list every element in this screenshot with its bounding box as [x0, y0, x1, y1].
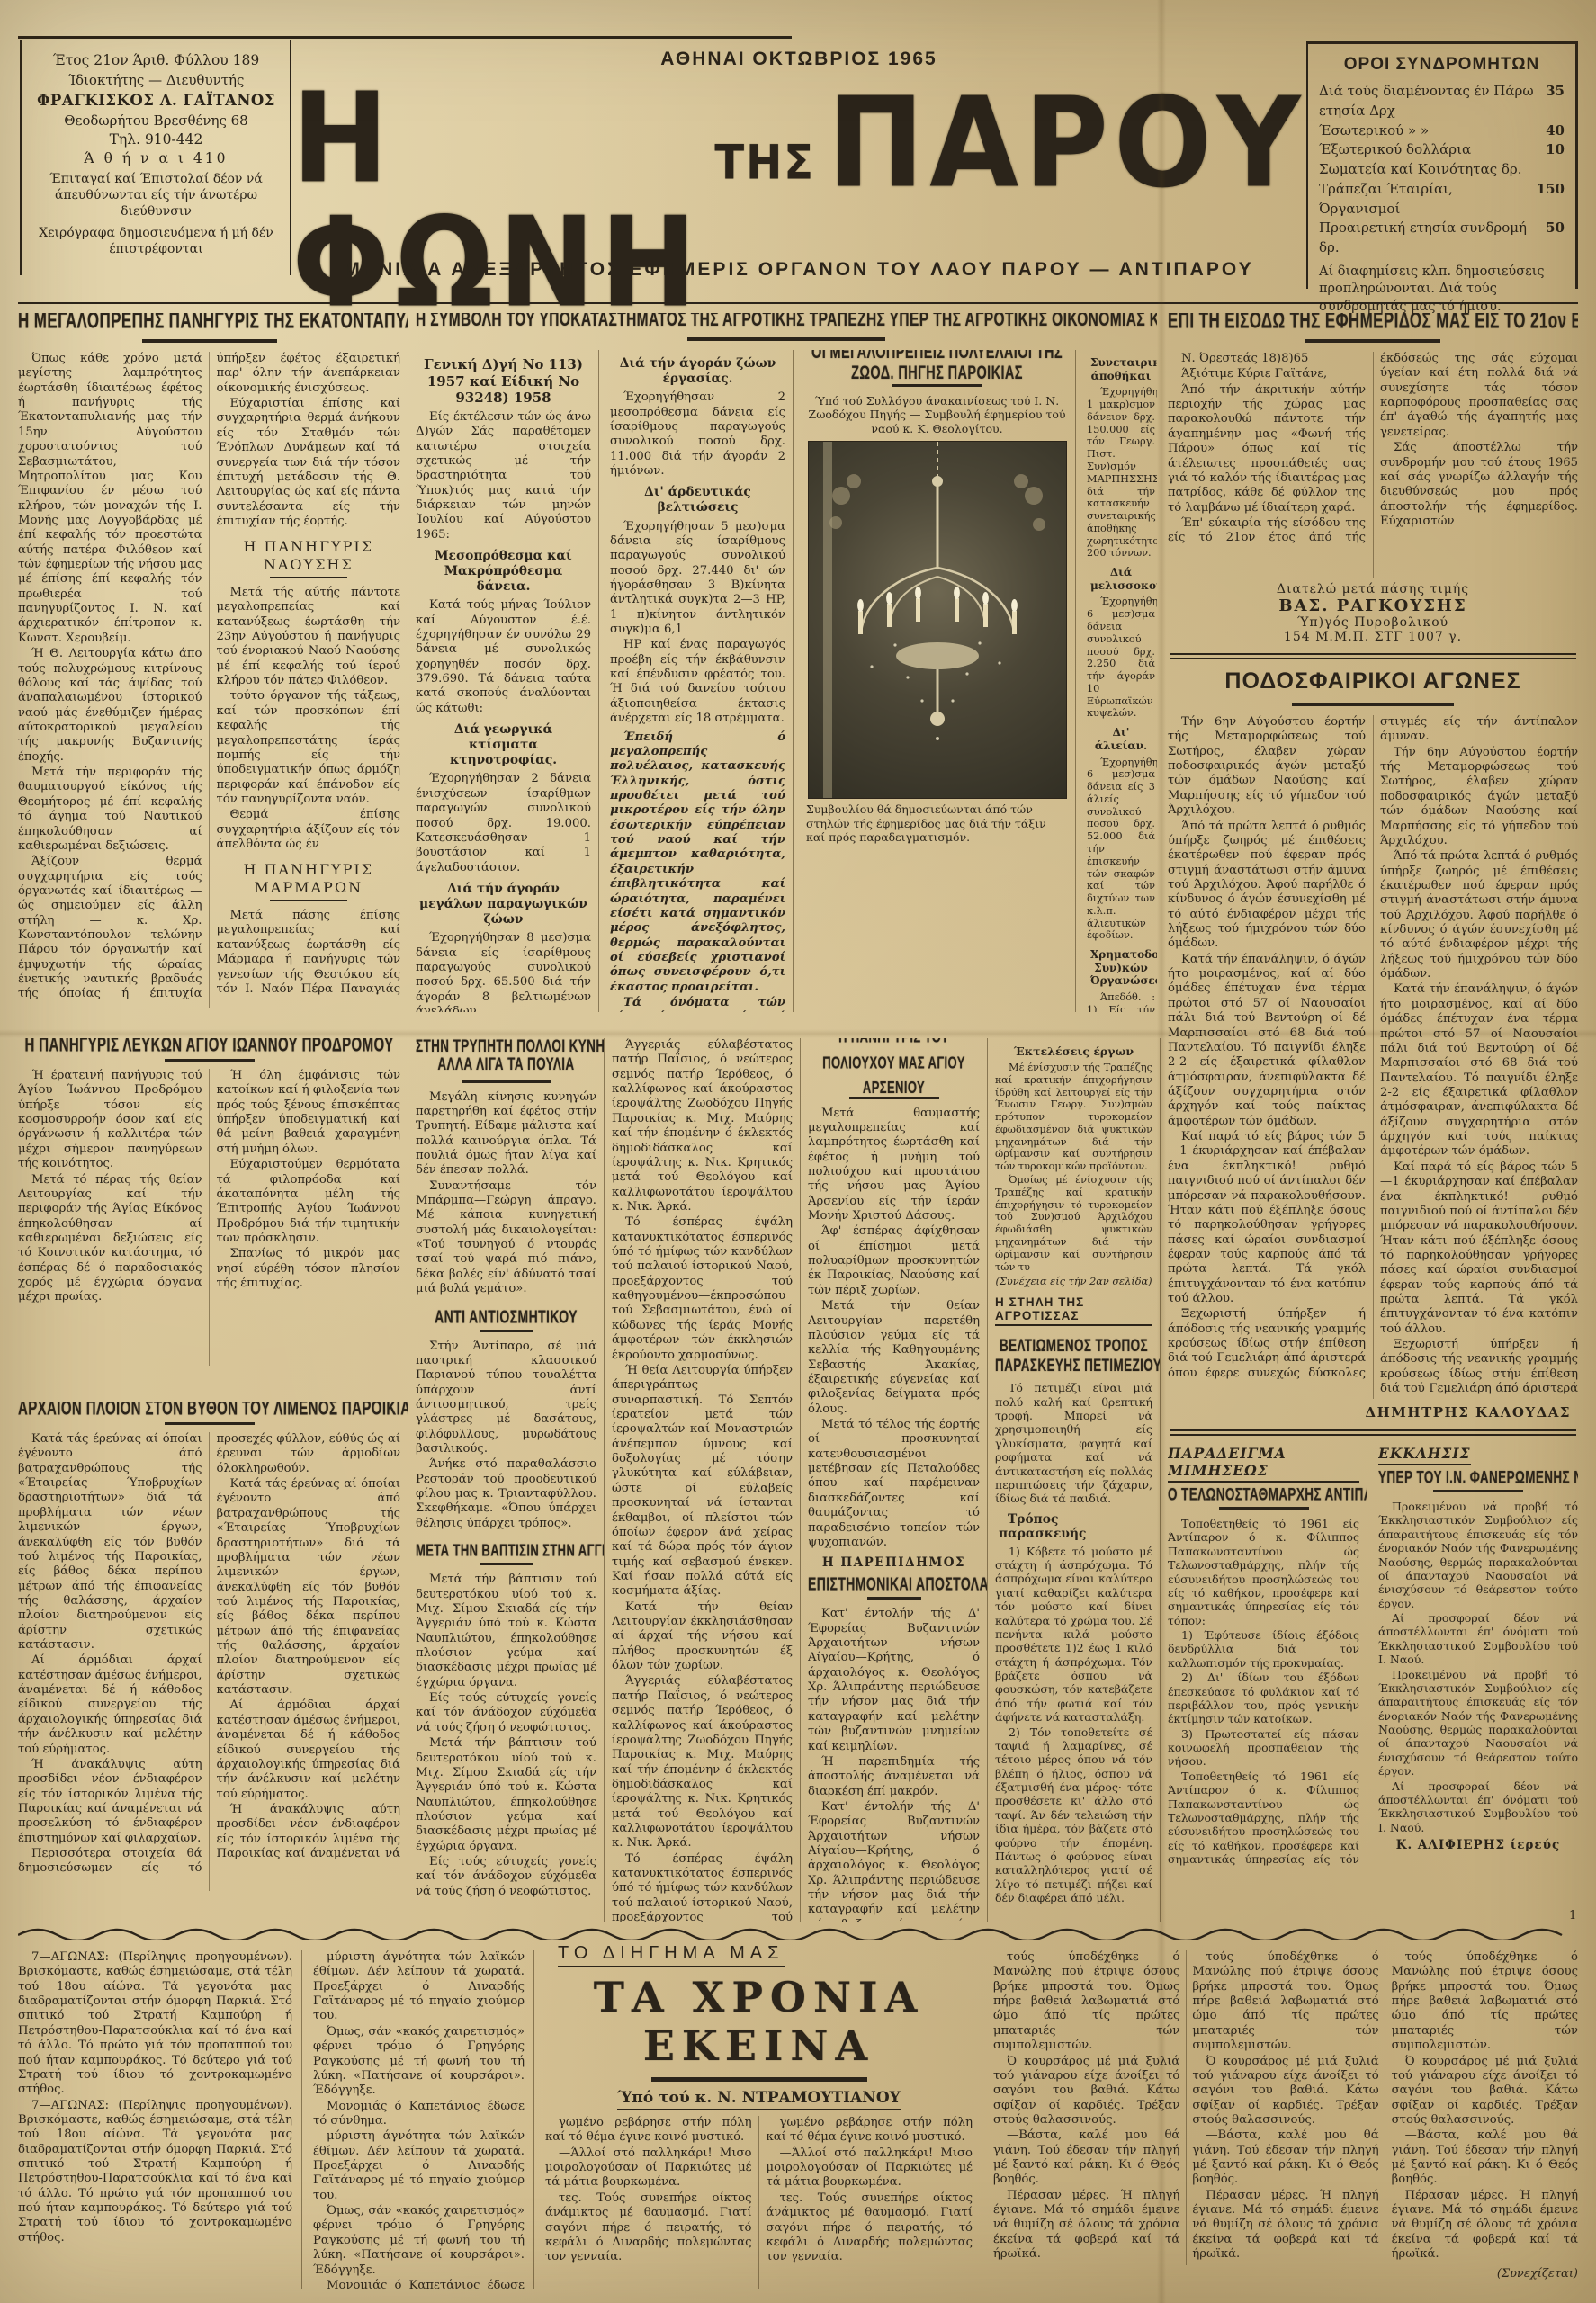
page-number: 1 — [1569, 1909, 1576, 1922]
masthead-part-a: Η ΦΩΝΗ — [291, 77, 702, 326]
terms-row: Έσωτερικού » » 40 — [1319, 121, 1565, 141]
bank-ekteleseis-body: Μέ ένίσχυσιν τής Τραπέζης καί κρατικήν έ… — [995, 1062, 1152, 1273]
petimezi-title-line2: ΠΑΡΑΣΚΕΥΗΣ ΠΕΤΙΜΕΖΙΟΥ — [995, 1351, 1161, 1379]
title-rule — [142, 339, 277, 343]
bank-sec-t: Έχορηγήθησαν 8 μεσ)σμα δάνεια είς ίσαρίθ… — [416, 931, 591, 1012]
story-right-block: τούς ύποδέχθηκε ό Μανώλης πού έτριψε όσο… — [993, 1950, 1578, 2289]
wavy-divider-svg — [18, 1928, 1578, 1940]
title-rule — [1219, 1507, 1309, 1510]
customs-body: Τοποθετηθείς τό 1961 είς Άντίπαρον ό κ. … — [1168, 1517, 1359, 1868]
story-title-block: ΤΟ ΔΙΗΓΗΜΑ ΜΑΣ ΤΑ ΧΡΟΝΙΑ ΕΚΕΙΝΑ Ύπό τού … — [545, 1943, 982, 2289]
story-col2: μύριστη άγνότητα τών λαϊκών έθίμων. Δέν … — [313, 1950, 525, 2289]
bank-continue-note: (Συνέχεια είς τήν 2αν σελίδα) — [995, 1276, 1152, 1288]
article-ship-title: ΑΡΧΑΙΟΝ ΠΛΟΙΟΝ ΣΤΟΝ ΒΥΘΟΝ ΤΟΥ ΛΙΜΕΝΟΣ ΠΑ… — [18, 1402, 400, 1417]
appeal-title-text: ΥΠΕΡ ΤΟΥ Ι.Ν. ΦΑΝΕΡΩΜΕΝΗΣ ΝΑΟΥΣΗΣ — [1378, 1467, 1578, 1487]
chandelier-kicker: ΟΙ ΜΕΓΑΛΟΠΡΕΠΕΙΣ ΠΟΛΥΕΛΑΙΟΙ ΤΗΣ ΖΩΟΔ. ΠΗ… — [806, 350, 1068, 379]
bank-col-2: Διά τήν άγοράν ζώων έργασίας. Έχορηγήθησ… — [610, 350, 794, 1012]
bank-leg-t: Έχορηγήθη 1 μακρ)σμον δάνειον δρχ. 150.0… — [1087, 386, 1155, 560]
arsenios-body: Μετά θαυμαστής μεγαλοπρεπείας καί λαμπρό… — [808, 1107, 980, 1551]
middle-column-6: Έκτελέσεις έργων Μέ ένίσχυσιν τής Τραπέζ… — [995, 1038, 1161, 1922]
publisher-info-box: Έτος 21ον Άριθ. Φύλλου 189 Ίδιοκτήτης — … — [20, 40, 291, 275]
story-right-body: τούς ύποδέχθηκε ό Μανώλης πού έτριψε όσο… — [993, 1950, 1578, 2265]
football-title: ΠΟΔΟΣΦΑΙΡΙΚΟΙ ΑΓΩΝΕΣ — [1168, 668, 1578, 694]
bank-intro: Είς έκτέλεσιν τών ώς άνω Δ)γών Σάς παραθ… — [416, 410, 591, 542]
terms-row: Τράπεζαι Έταιρίαι, Όργανισμοί 150 — [1319, 180, 1565, 220]
story-mid-body: γωμένο ρεβάρησε στήν πόλη καί τό θέμα έγ… — [545, 2116, 973, 2289]
masthead: Η ΦΩΝΗ ΤΗΣ ΠΑΡΟΥ — [301, 86, 1296, 317]
bank-continue-note-text: (Συνέχεια είς τήν 2αν σελίδα) — [995, 1276, 1152, 1287]
dateline: ΑΘΗΝΑΙ ΟΚΤΩΒΡΙΟΣ 1965 — [301, 49, 1296, 70]
lefkes-body: Ή έρατεινή πανήγυρις τού Άγίου Ίωάννου Π… — [18, 1069, 400, 1366]
article-ekatontapyliani: Η ΜΕΓΑΛΟΠΡΕΠΗΣ ΠΑΝΗΓΥΡΙΣ ΤΗΣ ΕΚΑΤΟΝΤΑΠΥΛ… — [18, 313, 408, 1031]
article-missions-title: ΕΠΙΣΤΗΜΟΝΙΚΑΙ ΑΠΟΣΤΟΛΑΙ — [808, 1577, 980, 1591]
subscription-terms-box: ΟΡΟΙ ΣΥΝΔΡΟΜΗΤΩΝ Διά τούς διαμένοντας έν… — [1306, 44, 1578, 289]
bank-leg-h: Χρηματοδοτήσεις Συν)κών Όργανώσεων — [1090, 948, 1152, 988]
header-bottom-rule — [18, 302, 1578, 304]
terms-row-label: Σωματεία καί Κοινότητας δρ. — [1319, 160, 1527, 180]
basil-title-text: ΑΝΤΙ ΑΝΤΙΟΣΜΗΤΙΚΟΥ — [435, 1305, 578, 1326]
bank-sec-t: Έχορηγήθησαν 2 μεσοπρόθεσμα δάνεια είς ί… — [610, 390, 785, 479]
remittance-note: Έπιταγαί καί Έπιστολαί δέον νά άπευθύνων… — [31, 171, 281, 220]
manuscripts-note: Χειρόγραφα δημοσιευόμενα ή μή δέν έπιστρ… — [31, 225, 281, 257]
bank-sec-h: Δι' άρδευτικάς βελτιώσεις — [614, 485, 782, 515]
middle-column-4-liturgy: Άγγεριάς εύλαβέστατος πατήρ Παΐσιος, ό ν… — [612, 1038, 801, 1922]
terms-row: Έξωτερικού δολλάρια 10 — [1319, 140, 1565, 160]
article-basil-title: ΑΝΤΙ ΑΝΤΙΟΣΜΗΤΙΚΟΥ — [416, 1310, 596, 1324]
petimezi-subhead: Τρόπος παρασκευής — [999, 1512, 1149, 1541]
chandelier-caption-top-text: Ύπό τού Συλλόγου άνακαινίσεως τού Ι. Ν. … — [809, 394, 1066, 435]
terms-row-value: 50 — [1546, 219, 1565, 258]
title-rule — [1292, 703, 1454, 706]
terms-row-value: 10 — [1546, 140, 1565, 160]
header-top-rule — [18, 36, 792, 39]
title-rule — [462, 1080, 551, 1083]
title-rule — [1433, 1490, 1523, 1492]
petimezi-kicker-wrap: Η ΣΤΗΛΗ ΤΗΣ ΑΓΡΟΤΙΣΣΑΣ — [995, 1295, 1152, 1331]
story-kicker: ΤΟ ΔΙΗΓΗΜΑ ΜΑΣ — [558, 1943, 785, 1967]
baptism-title-text: ΜΕΤΑ ΤΗΝ ΒΑΠΤΙΣΙΝ ΣΤΗΝ ΑΓΓΕΡΙΑ — [416, 1540, 605, 1560]
story-title: ΤΑ ΧΡΟΝΙΑ ΕΚΕΙΝΑ — [545, 1973, 973, 2070]
bank-leg-h: Διά μελισσοκομίαν — [1090, 566, 1152, 592]
article-lefkes-title: Η ΠΑΝΗΓΥΡΙΣ ΛΕΥΚΩΝ ΑΓΙΟΥ ΙΩΑΝΝΟΥ ΠΡΟΔΡΟΜ… — [18, 1038, 400, 1053]
bank-sec-h: Μεσοπρόθεσμα καί Μακρόπρόθεσμα δάνεια. — [419, 549, 587, 595]
article-lefkes: Η ΠΑΝΗΓΥΡΙΣ ΛΕΥΚΩΝ ΑΓΙΟΥ ΙΩΑΝΝΟΥ ΠΡΟΔΡΟΜ… — [18, 1038, 408, 1396]
subhead-panigyris-naousis: Η ΠΑΝΗΓΥΡΙΣ ΝΑΟΥΣΗΣ — [217, 538, 401, 574]
customs-title: Ο ΤΕΛΩΝΟΣΤΑΘΜΑΡΧΗΣ ΑΝΤΙΠΑΡΟΥ — [1168, 1488, 1359, 1501]
hunting-title-line2: ΑΛΛΑ ΛΙΓΑ ΤΑ ΠΟΥΛΙΑ — [437, 1052, 574, 1078]
story-second-column: μύριστη άγνότητα τών λαϊκών έθίμων. Δέν … — [313, 1950, 534, 2289]
terms-row: Σωματεία καί Κοινότητας δρ. — [1319, 160, 1565, 180]
bank-sec-h: Διά τήν άγοράν μεγάλων παραγωγικών ζώων — [419, 882, 587, 927]
bank-leg-t: Έχορηγήθησαν 6 μεσ)σμα δάνεια είς 3 άλιε… — [1087, 757, 1155, 943]
owner-city: Ά θ ή ν α ι 410 — [31, 150, 281, 166]
story-continued: (Συνεχίζεται) — [993, 2267, 1578, 2281]
owner-label: Ίδιοκτήτης — Διευθυντής — [31, 72, 281, 88]
terms-row-label: Προαιρετική ετησία συνδρομή δρ. — [1319, 219, 1546, 258]
appeal-kicker: ΕΚΚΛΗΣΙΣ — [1378, 1445, 1471, 1465]
bank-sec-t: Έχορηγήθησαν 5 μεσ)σμα δάνεια είς ίσαρίθ… — [610, 520, 785, 638]
missions-title-text: ΕΠΙΣΤΗΜΟΝΙΚΑΙ ΑΠΟΣΤΟΛΑΙ — [808, 1573, 988, 1594]
arsenios-title-text: Η ΠΑΝΗΓΥΡΙΣ ΤΟΥ ΠΟΛΙΟΥΧΟΥ ΜΑΣ ΑΓΙΟΥ ΑΡΣΕ… — [808, 1038, 980, 1100]
article-21st-year-title-text: ΕΠΙ ΤΗ ΕΙΣΟΔΩ ΤΗΣ ΕΦΗΜΕΡΙΔΟΣ ΜΑΣ ΕΙΣ ΤΟ … — [1168, 313, 1578, 335]
owner-phone: Τηλ. 910-442 — [31, 131, 281, 148]
terms-note: Αί διαφημίσεις κλπ. δημοσιεύσεις προπληρ… — [1319, 264, 1565, 317]
customs-title-text: Ο ΤΕΛΩΝΟΣΤΑΘΜΑΡΧΗΣ ΑΝΤΙΠΑΡΟΥ — [1168, 1484, 1367, 1504]
bank-leg-t: Άπεδόθ. : 1) Είς τήν Ένωσιν Γεωργ. Συν)σ… — [1087, 991, 1155, 1012]
story-recap-column: 7—ΑΓΩΝΑΣ: (Περίληψις προηγουμένων). Βρισ… — [18, 1950, 302, 2289]
title-rule — [165, 1422, 255, 1425]
petimezi-intro: Τό πετιμέζι είναι μιά πολύ καλή καί θρεπ… — [995, 1381, 1152, 1505]
chandelier-kicker-text: ΟΙ ΜΕΓΑΛΟΠΡΕΠΕΙΣ ΠΟΛΥΕΛΑΙΟΙ ΤΗΣ ΖΩΟΔ. ΠΗ… — [806, 350, 1068, 384]
subhead-rule — [270, 577, 347, 578]
petimezi-kicker: Η ΣΤΗΛΗ ΤΗΣ ΑΓΡΟΤΙΣΣΑΣ — [995, 1295, 1152, 1326]
article-agricultural-bank: Η ΣΥΜΒΟΛΗ ΤΟΥ ΥΠΟΚΑΤΑΣΤΗΜΑΤΟΣ ΤΗΣ ΑΓΡΟΤΙ… — [416, 313, 1157, 1031]
petimezi-title: ΒΕΛΤΙΩΜΕΝΟΣ ΤΡΟΠΟΣ ΠΑΡΑΣΚΕΥΗΣ ΠΕΤΙΜΕΖΙΟΥ — [995, 1337, 1152, 1376]
terms-row-label: Διά τούς διαμένοντας έν Πάρω ετησία Δρχ — [1319, 82, 1546, 121]
letter-closing: Διατελώ μετά πάσης τιμής — [1168, 582, 1578, 596]
double-rule — [1170, 653, 1576, 659]
chandelier-caption-bottom-text: Συμβουλίου θά δημοσιεύωνται άπό τών στηλ… — [806, 802, 1046, 844]
subhead-rule — [270, 900, 347, 901]
story-byline: Ύπό τού κ. Ν. ΝΤΡΑΜΟΥΤΙΑΝΟΥ — [545, 2089, 973, 2107]
letter-unit: 154 Μ.Μ.Π. ΣΤΓ 1007 γ. — [1168, 630, 1578, 644]
bank-leg-h: Συνεταιρικαί άποθήκαι — [1090, 356, 1152, 382]
subhead-panigyris-marmaron: Η ΠΑΝΗΓΥΡΙΣ ΜΑΡΜΑΡΩΝ — [217, 861, 401, 897]
article-naousa-appeal: ΕΚΚΛΗΣΙΣ ΥΠΕΡ ΤΟΥ Ι.Ν. ΦΑΝΕΡΩΜΕΝΗΣ ΝΑΟΥΣ… — [1378, 1445, 1578, 1868]
terms-row-value: 150 — [1537, 180, 1565, 220]
appeal-title: ΥΠΕΡ ΤΟΥ Ι.Ν. ΦΑΝΕΡΩΜΕΝΗΣ ΝΑΟΥΣΗΣ — [1378, 1471, 1578, 1484]
dateline-text: ΑΘΗΝΑΙ ΟΚΤΩΒΡΙΟΣ 1965 — [660, 49, 937, 69]
petimezi-steps: 1) Κόβετε τό μούστο μέ στάχτη ή άσπρόχωμ… — [995, 1545, 1152, 1905]
chandelier-illustration — [809, 442, 1066, 798]
title-rule — [480, 1330, 533, 1332]
letter-signature: ΒΑΣ. ΡΑΓΚΟΥΣΗΣ — [1168, 596, 1578, 615]
owner-address: Θεοδωρήτου Βρεσθένης 68 — [31, 112, 281, 129]
terms-row-label: Έσωτερικού » » — [1319, 121, 1434, 141]
wavy-divider — [18, 1927, 1578, 1940]
right-column-stack: ΕΠΙ ΤΗ ΕΙΣΟΔΩ ΤΗΣ ΕΦΗΜΕΡΙΔΟΣ ΜΑΣ ΕΙΣ ΤΟ … — [1168, 313, 1578, 1922]
article-ekatontapyliani-title: Η ΜΕΓΑΛΟΠΡΕΠΗΣ ΠΑΝΗΓΥΡΙΣ ΤΗΣ ΕΚΑΤΟΝΤΑΠΥΛ… — [18, 313, 400, 331]
title-rule — [165, 1059, 255, 1062]
masthead-part-mid: ΤΗΣ — [714, 135, 815, 191]
chandelier-feature: ΟΙ ΜΕΓΑΛΟΠΡΕΠΕΙΣ ΠΟΛΥΕΛΑΙΟΙ ΤΗΣ ΖΩΟΔ. ΠΗ… — [804, 350, 1076, 1012]
article-ekatontapyliani-title-text: Η ΜΕΓΑΛΟΠΡΕΠΗΣ ΠΑΝΗΓΥΡΙΣ ΤΗΣ ΕΚΑΤΟΝΤΑΠΥΛ… — [18, 313, 408, 335]
bank-sec-t: Έχορηγήθησαν 2 δάνεια ένισχύσεων ίσαρίθμ… — [416, 772, 591, 875]
bank-leg-h: Δι' άλιείαν. — [1090, 726, 1152, 752]
liturgy-body: Άγγεριάς εύλαβέστατος πατήρ Παΐσιος, ό ν… — [612, 1038, 793, 1922]
terms-row: Προαιρετική ετησία συνδρομή δρ. 50 — [1319, 219, 1565, 258]
middle-column-5: Η ΠΑΝΗΓΥΡΙΣ ΤΟΥ ΠΟΛΙΟΥΧΟΥ ΜΑΣ ΑΓΙΟΥ ΑΡΣΕ… — [808, 1038, 988, 1922]
title-rule — [651, 2077, 867, 2082]
title-rule — [1305, 339, 1440, 343]
bank-leg-t: Έχορηγήθησαν 6 μεσ)σμα δάνεια συνολικού … — [1087, 596, 1155, 720]
double-rule — [1170, 1429, 1576, 1436]
bank-col-1: Γενική Δ)γή Νο 113) 1957 καί Είδική Νο 9… — [416, 350, 599, 1012]
title-rule — [480, 1563, 533, 1565]
story-byline-text: Ύπό τού κ. Ν. ΝΤΡΑΜΟΥΤΙΑΝΟΥ — [617, 2089, 901, 2110]
bank-lead: Γενική Δ)γή Νο 113) 1957 καί Είδική Νο 9… — [419, 356, 587, 407]
chandelier-photo — [808, 441, 1067, 799]
article-arsenios-title: Η ΠΑΝΗΓΥΡΙΣ ΤΟΥ ΠΟΛΙΟΥΧΟΥ ΜΑΣ ΑΓΙΟΥ ΑΡΣΕ… — [808, 1038, 980, 1091]
owner-name: ΦΡΑΓΚΙΣΚΟΣ Λ. ΓΑΪΤΑΝΟΣ — [31, 92, 281, 109]
bank-ekteleseis-head: Έκτελέσεις έργων — [999, 1044, 1149, 1058]
article-ancient-ship: ΑΡΧΑΙΟΝ ΠΛΟΙΟΝ ΣΤΟΝ ΒΥΘΟΝ ΤΟΥ ΛΙΜΕΝΟΣ ΠΑ… — [18, 1402, 408, 1922]
chandelier-caption-bottom: Συμβουλίου θά δημοσιεύωνται άπό τών στηλ… — [806, 802, 1068, 844]
missions-body: Κατ' έντολήν τής Δ' Έφορείας Βυζαντινών … — [808, 1607, 980, 1922]
article-bank-title: Η ΣΥΜΒΟΛΗ ΤΟΥ ΥΠΟΚΑΤΑΣΤΗΜΑΤΟΣ ΤΗΣ ΑΓΡΟΤΙ… — [416, 313, 1157, 329]
title-rule — [867, 1597, 921, 1600]
bank-sec-h: Διά τήν άγοράν ζώων έργασίας. — [614, 356, 782, 387]
masthead-subtitle: ΜΗΝΙΑΙΑ ΑΝΕΞΑΡΤΗΤΟΣ ΕΦΗΜΕΡΙΣ ΟΡΓΑΝΟΝ ΤΟΥ… — [301, 259, 1296, 281]
ekat-body-2: Μετά τής αύτής πάντοτε μεγαλοπρεπείας κα… — [217, 586, 401, 852]
appeal-body: Προκειμένου νά προβή τό Έκκλησιαστικόν Σ… — [1378, 1500, 1578, 1834]
hunting-body: Μεγάλη κίνησις κυνηγών παρετηρήθη καί έφ… — [416, 1090, 596, 1297]
terms-row-value: 35 — [1546, 82, 1565, 121]
story-recap: 7—ΑΓΩΝΑΣ: (Περίληψις προηγουμένων). Βρισ… — [18, 1950, 292, 2245]
bank-sec-t: Κατά τούς μήνας Ίούλιον καί Αύγουστον έ.… — [416, 598, 591, 716]
issue-line: Έτος 21ον Άριθ. Φύλλου 189 — [31, 52, 281, 68]
article-ship-title-text: ΑΡΧΑΙΟΝ ΠΛΟΙΟΝ ΣΤΟΝ ΒΥΘΟΝ ΤΟΥ ΛΙΜΕΝΟΣ ΠΑ… — [18, 1402, 408, 1420]
ship-body: Κατά τάς έρεύνας αί όποίαι έγένοντο άπό … — [18, 1432, 400, 1891]
terms-title: ΟΡΟΙ ΣΥΝΔΡΟΜΗΤΩΝ — [1319, 55, 1565, 75]
appeal-signature: Κ. ΑΛΙΦΙΕΡΗΣ ίερεύς — [1378, 1838, 1578, 1852]
terms-row-label: Τράπεζαι Έταιρίαι, Όργανισμοί — [1319, 180, 1537, 220]
title-rule — [892, 384, 982, 387]
customs-kicker: ΠΑΡΑΔΕΙΓΜΑ ΜΙΜΗΣΕΩΣ — [1168, 1445, 1359, 1483]
chandelier-appeal: Έπειδή ό μεγαλοπρεπής πολυέλαιος, κατασκ… — [610, 730, 785, 1012]
terms-row-value: 40 — [1546, 121, 1565, 141]
title-rule — [687, 337, 885, 341]
masthead-subtitle-text: ΜΗΝΙΑΙΑ ΑΝΕΞΑΡΤΗΤΟΣ ΕΦΗΜΕΡΙΣ ΟΡΓΑΝΟΝ ΤΟΥ… — [344, 259, 1253, 280]
football-body: Τήν 6ην Αύγούστου έορτήν τής Μεταμορφώσε… — [1168, 715, 1578, 1399]
football-title-text: ΠΟΔΟΣΦΑΙΡΙΚΟΙ ΑΓΩΝΕΣ — [1224, 668, 1520, 694]
newspaper-front-page: { "page": { "date": "ΑΘΗΝΑΙ ΟΚΤΩΒΡΙΟΣ 19… — [0, 0, 1596, 2303]
bank-leg-column: Συνεταιρικαί άποθήκαι Έχορηγήθη 1 μακρ)σ… — [1087, 350, 1157, 1012]
bank-continuation: HP καί ένας παραγωγός προέβη είς τήν έκβ… — [610, 638, 785, 726]
article-baptism-title: ΜΕΤΑ ΤΗΝ ΒΑΠΤΙΣΙΝ ΣΤΗΝ ΑΓΓΕΡΙΑ — [416, 1544, 596, 1557]
article-customs-officer: ΠΑΡΑΔΕΙΓΜΑ ΜΙΜΗΣΕΩΣ Ο ΤΕΛΩΝΟΣΤΑΘΜΑΡΧΗΣ Α… — [1168, 1445, 1367, 1868]
letter-rank: Ύπ)γός Πυροβολικού — [1168, 615, 1578, 630]
letter-body: Ν. Όρεστεάς 18)8)65Άξιότιμε Κύριε Γαϊτάν… — [1168, 352, 1578, 578]
masthead-part-b: ΠΑΡΟΥ — [828, 82, 1306, 206]
story-kicker-wrap: ΤΟ ΔΙΗΓΗΜΑ ΜΑΣ — [545, 1943, 973, 1964]
article-lefkes-title-text: Η ΠΑΝΗΓΥΡΙΣ ΛΕΥΚΩΝ ΑΓΙΟΥ ΙΩΑΝΝΟΥ ΠΡΟΔΡΟΜ… — [24, 1038, 393, 1056]
baptism-body: Μετά τήν βάπτισιν τού δευτεροτόκου υίού … — [416, 1573, 596, 1899]
chandelier-caption-top: Ύπό τού Συλλόγου άνακαινίσεως τού Ι. Ν. … — [806, 394, 1068, 435]
arsenios-signature: Η ΠΑΡΕΠΙΔΗΜΟΣ — [808, 1555, 980, 1570]
article-21st-year-title: ΕΠΙ ΤΗ ΕΙΣΟΔΩ ΤΗΣ ΕΦΗΜΕΡΙΔΟΣ ΜΑΣ ΕΙΣ ΤΟ … — [1168, 313, 1578, 331]
terms-row: Διά τούς διαμένοντας έν Πάρω ετησία Δρχ … — [1319, 82, 1565, 121]
basil-body: Στήν Άντίπαρο, σέ μιά παστρική κλασσικού… — [416, 1340, 596, 1532]
article-hunting-title: ΣΤΗΝ ΤΡΥΠΗΤΗ ΠΟΛΛΟΙ ΚΥΝΗΓΟΙ ΑΛΛΑ ΛΙΓΑ ΤΑ… — [416, 1038, 596, 1075]
terms-row-label: Έξωτερικού δολλάρια — [1319, 140, 1476, 160]
article-bank-title-text: Η ΣΥΜΒΟΛΗ ΤΟΥ ΥΠΟΚΑΤΑΣΤΗΜΑΤΟΣ ΤΗΣ ΑΓΡΟΤΙ… — [416, 313, 1157, 332]
middle-column-3: ΣΤΗΝ ΤΡΥΠΗΤΗ ΠΟΛΛΟΙ ΚΥΝΗΓΟΙ ΑΛΛΑ ΛΙΓΑ ΤΑ… — [416, 1038, 605, 1922]
bank-sec-h: Διά γεωργικά κτίσματα κτηνοτροφίας. — [419, 722, 587, 768]
football-signature: ΔΗΜΗΤΡΗΣ ΚΑΛΟΥΔΑΣ — [1168, 1404, 1571, 1420]
